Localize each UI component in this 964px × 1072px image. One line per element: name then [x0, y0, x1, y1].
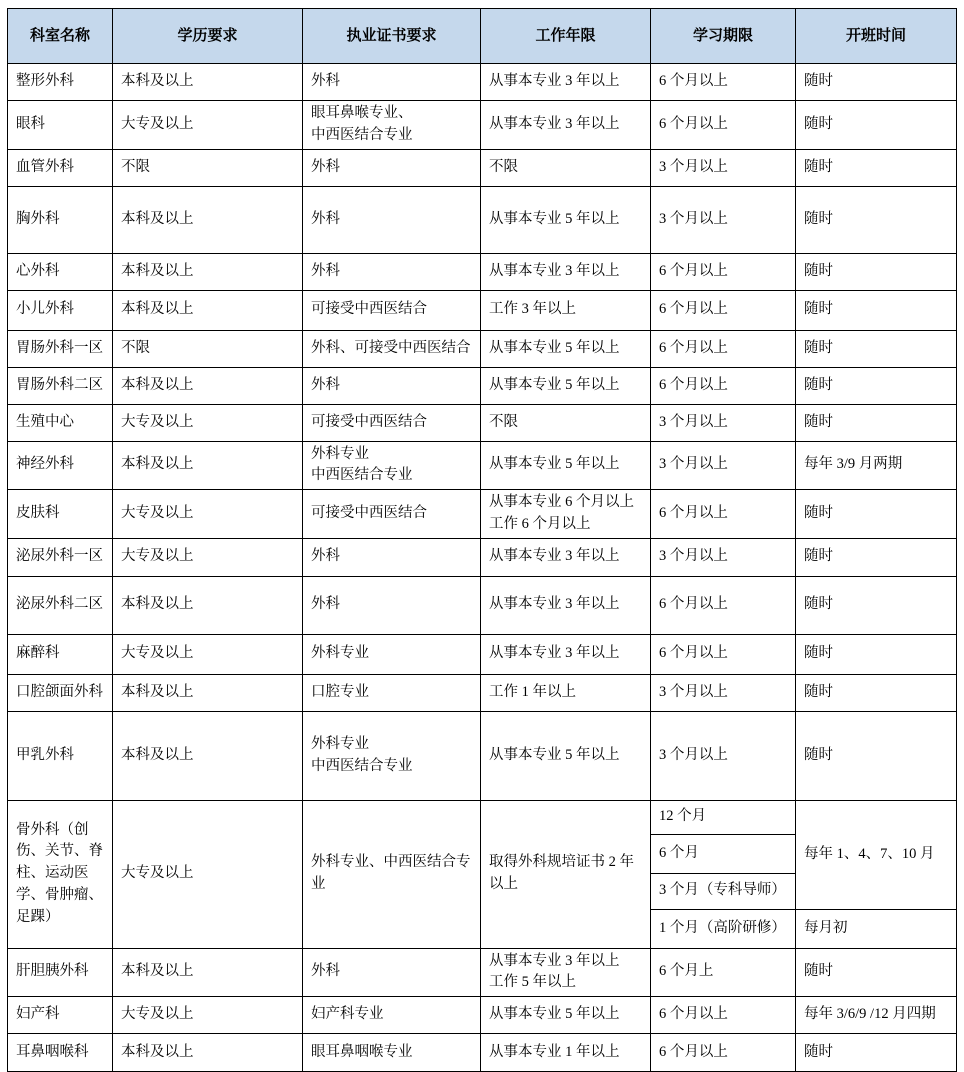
- table-cell: 胃肠外科一区: [8, 330, 113, 367]
- table-cell: 神经外科: [8, 441, 113, 490]
- table-cell: 6 个月上: [651, 948, 796, 997]
- table-cell: 眼科: [8, 101, 113, 150]
- table-row: 皮肤科大专及以上可接受中西医结合从事本专业 6 个月以上 工作 6 个月以上6 …: [8, 490, 957, 539]
- table-cell: 心外科: [8, 253, 113, 290]
- table-cell: 工作 3 年以上: [481, 290, 651, 330]
- table-cell: 本科及以上: [113, 290, 303, 330]
- table-row: 眼科大专及以上眼耳鼻喉专业、 中西医结合专业从事本专业 3 年以上6 个月以上随…: [8, 101, 957, 150]
- table-row: 甲乳外科本科及以上外科专业 中西医结合专业从事本专业 5 年以上3 个月以上随时: [8, 711, 957, 800]
- table-cell: 整形外科: [8, 64, 113, 101]
- table-cell: 不限: [481, 404, 651, 441]
- table-cell: 耳鼻咽喉科: [8, 1034, 113, 1072]
- table-row: 肝胆胰外科本科及以上外科从事本专业 3 年以上 工作 5 年以上6 个月上随时: [8, 948, 957, 997]
- table-cell: 外科: [303, 948, 481, 997]
- column-header-class-start-time: 开班时间: [796, 9, 957, 64]
- table-cell: 每年 3/9 月两期: [796, 441, 957, 490]
- table-cell: 外科专业 中西医结合专业: [303, 441, 481, 490]
- table-row: 口腔颌面外科本科及以上口腔专业工作 1 年以上3 个月以上随时: [8, 674, 957, 711]
- table-cell: 从事本专业 5 年以上: [481, 997, 651, 1034]
- table-cell: 外科: [303, 367, 481, 404]
- table-cell: 眼耳鼻咽喉专业: [303, 1034, 481, 1072]
- table-cell: 从事本专业 1 年以上: [481, 1034, 651, 1072]
- table-cell: 随时: [796, 64, 957, 101]
- table-row: 骨外科（创伤、关节、脊柱、运动医学、骨肿瘤、足踝）大专及以上外科专业、中西医结合…: [8, 800, 957, 834]
- table-cell: 外科: [303, 149, 481, 186]
- table-row: 心外科本科及以上外科从事本专业 3 年以上6 个月以上随时: [8, 253, 957, 290]
- header-row: 科室名称 学历要求 执业证书要求 工作年限 学习期限 开班时间: [8, 9, 957, 64]
- table-cell: 甲乳外科: [8, 711, 113, 800]
- table-cell: 随时: [796, 674, 957, 711]
- table-cell: 3 个月以上: [651, 149, 796, 186]
- table-cell: 大专及以上: [113, 101, 303, 150]
- table-cell: 从事本专业 3 年以上: [481, 64, 651, 101]
- table-row: 泌尿外科二区本科及以上外科从事本专业 3 年以上6 个月以上随时: [8, 576, 957, 634]
- table-cell: 本科及以上: [113, 441, 303, 490]
- table-cell: 随时: [796, 1034, 957, 1072]
- table-row: 胸外科本科及以上外科从事本专业 5 年以上3 个月以上随时: [8, 186, 957, 253]
- table-cell: 6 个月: [651, 834, 796, 873]
- table-row: 耳鼻咽喉科本科及以上眼耳鼻咽喉专业从事本专业 1 年以上6 个月以上随时: [8, 1034, 957, 1072]
- table-cell: 可接受中西医结合: [303, 404, 481, 441]
- table-cell: 3 个月以上: [651, 538, 796, 576]
- table-cell: 6 个月以上: [651, 367, 796, 404]
- table-cell: 工作 1 年以上: [481, 674, 651, 711]
- table-row: 泌尿外科一区大专及以上外科从事本专业 3 年以上3 个月以上随时: [8, 538, 957, 576]
- table-cell: 3 个月以上: [651, 186, 796, 253]
- table-cell: 从事本专业 5 年以上: [481, 367, 651, 404]
- column-header-department-name: 科室名称: [8, 9, 113, 64]
- column-header-education-requirement: 学历要求: [113, 9, 303, 64]
- table-cell: 6 个月以上: [651, 101, 796, 150]
- table-cell: 从事本专业 3 年以上: [481, 101, 651, 150]
- table-cell: 6 个月以上: [651, 1034, 796, 1072]
- table-cell: 随时: [796, 290, 957, 330]
- table-cell: 外科专业: [303, 634, 481, 674]
- table-cell: 6 个月以上: [651, 290, 796, 330]
- table-cell: 本科及以上: [113, 576, 303, 634]
- table-cell: 随时: [796, 101, 957, 150]
- table-cell: 大专及以上: [113, 490, 303, 539]
- table-cell: 6 个月以上: [651, 330, 796, 367]
- table-cell: 本科及以上: [113, 1034, 303, 1072]
- table-cell: 泌尿外科一区: [8, 538, 113, 576]
- table-cell: 每年 3/6/9 /12 月四期: [796, 997, 957, 1034]
- table-cell: 外科专业 中西医结合专业: [303, 711, 481, 800]
- column-header-study-period: 学习期限: [651, 9, 796, 64]
- table-cell: 随时: [796, 576, 957, 634]
- table-cell: 从事本专业 3 年以上: [481, 576, 651, 634]
- table-cell: 皮肤科: [8, 490, 113, 539]
- column-header-work-years: 工作年限: [481, 9, 651, 64]
- table-cell: 口腔专业: [303, 674, 481, 711]
- table-cell: 胃肠外科二区: [8, 367, 113, 404]
- table-cell: 外科: [303, 253, 481, 290]
- column-header-license-requirement: 执业证书要求: [303, 9, 481, 64]
- table-cell: 妇产科: [8, 997, 113, 1034]
- table-cell: 6 个月以上: [651, 634, 796, 674]
- table-cell: 本科及以上: [113, 367, 303, 404]
- table-row: 麻醉科大专及以上外科专业从事本专业 3 年以上6 个月以上随时: [8, 634, 957, 674]
- table-row: 胃肠外科一区不限外科、可接受中西医结合从事本专业 5 年以上6 个月以上随时: [8, 330, 957, 367]
- table-cell: 妇产科专业: [303, 997, 481, 1034]
- table-cell: 随时: [796, 711, 957, 800]
- table-cell: 3 个月以上: [651, 711, 796, 800]
- table-cell: 血管外科: [8, 149, 113, 186]
- table-cell: 6 个月以上: [651, 490, 796, 539]
- table-cell: 3 个月（专科导师）: [651, 873, 796, 909]
- table-cell: 外科: [303, 576, 481, 634]
- table-cell: 不限: [113, 330, 303, 367]
- table-cell: 可接受中西医结合: [303, 290, 481, 330]
- table-cell: 生殖中心: [8, 404, 113, 441]
- table-cell: 泌尿外科二区: [8, 576, 113, 634]
- table-cell: 随时: [796, 948, 957, 997]
- table-body: 整形外科本科及以上外科从事本专业 3 年以上6 个月以上随时眼科大专及以上眼耳鼻…: [8, 64, 957, 1072]
- table-cell: 本科及以上: [113, 186, 303, 253]
- table-cell: 6 个月以上: [651, 64, 796, 101]
- table-cell: 每年 1、4、7、10 月: [796, 800, 957, 909]
- table-cell: 3 个月以上: [651, 441, 796, 490]
- table-cell: 从事本专业 3 年以上: [481, 253, 651, 290]
- table-cell: 外科、可接受中西医结合: [303, 330, 481, 367]
- table-cell: 肝胆胰外科: [8, 948, 113, 997]
- table-cell: 不限: [113, 149, 303, 186]
- table-cell: 从事本专业 5 年以上: [481, 186, 651, 253]
- table-cell: 外科: [303, 538, 481, 576]
- table-row: 生殖中心大专及以上可接受中西医结合不限3 个月以上随时: [8, 404, 957, 441]
- table-cell: 从事本专业 5 年以上: [481, 441, 651, 490]
- table-cell: 小儿外科: [8, 290, 113, 330]
- table-cell: 从事本专业 5 年以上: [481, 711, 651, 800]
- table-cell: 每月初: [796, 909, 957, 948]
- table-cell: 胸外科: [8, 186, 113, 253]
- table-cell: 从事本专业 5 年以上: [481, 330, 651, 367]
- table-cell: 随时: [796, 490, 957, 539]
- table-cell: 外科: [303, 64, 481, 101]
- table-row: 胃肠外科二区本科及以上外科从事本专业 5 年以上6 个月以上随时: [8, 367, 957, 404]
- table-cell: 外科专业、中西医结合专业: [303, 800, 481, 948]
- table-cell: 大专及以上: [113, 800, 303, 948]
- table-cell: 本科及以上: [113, 948, 303, 997]
- table-row: 神经外科本科及以上外科专业 中西医结合专业从事本专业 5 年以上3 个月以上每年…: [8, 441, 957, 490]
- table-cell: 骨外科（创伤、关节、脊柱、运动医学、骨肿瘤、足踝）: [8, 800, 113, 948]
- table-cell: 口腔颌面外科: [8, 674, 113, 711]
- table-row: 妇产科大专及以上妇产科专业从事本专业 5 年以上6 个月以上每年 3/6/9 /…: [8, 997, 957, 1034]
- table-cell: 不限: [481, 149, 651, 186]
- table-cell: 6 个月以上: [651, 576, 796, 634]
- table-cell: 大专及以上: [113, 404, 303, 441]
- table-cell: 随时: [796, 330, 957, 367]
- table-cell: 可接受中西医结合: [303, 490, 481, 539]
- table-cell: 12 个月: [651, 800, 796, 834]
- table-cell: 从事本专业 3 年以上 工作 5 年以上: [481, 948, 651, 997]
- training-table: 科室名称 学历要求 执业证书要求 工作年限 学习期限 开班时间 整形外科本科及以…: [7, 8, 957, 1072]
- table-cell: 6 个月以上: [651, 253, 796, 290]
- table-cell: 6 个月以上: [651, 997, 796, 1034]
- table-cell: 本科及以上: [113, 253, 303, 290]
- table-cell: 3 个月以上: [651, 404, 796, 441]
- table-cell: 随时: [796, 186, 957, 253]
- table-cell: 从事本专业 3 年以上: [481, 538, 651, 576]
- table-cell: 随时: [796, 538, 957, 576]
- table-cell: 3 个月以上: [651, 674, 796, 711]
- table-cell: 随时: [796, 367, 957, 404]
- table-cell: 大专及以上: [113, 634, 303, 674]
- page: 科室名称 学历要求 执业证书要求 工作年限 学习期限 开班时间 整形外科本科及以…: [0, 0, 964, 1051]
- table-row: 整形外科本科及以上外科从事本专业 3 年以上6 个月以上随时: [8, 64, 957, 101]
- table-cell: 眼耳鼻喉专业、 中西医结合专业: [303, 101, 481, 150]
- table-cell: 大专及以上: [113, 997, 303, 1034]
- table-cell: 1 个月（高阶研修）: [651, 909, 796, 948]
- table-row: 小儿外科本科及以上可接受中西医结合工作 3 年以上6 个月以上随时: [8, 290, 957, 330]
- table-cell: 外科: [303, 186, 481, 253]
- table-cell: 随时: [796, 253, 957, 290]
- table-cell: 麻醉科: [8, 634, 113, 674]
- table-cell: 随时: [796, 634, 957, 674]
- table-cell: 从事本专业 6 个月以上 工作 6 个月以上: [481, 490, 651, 539]
- table-cell: 随时: [796, 149, 957, 186]
- table-cell: 大专及以上: [113, 538, 303, 576]
- table-cell: 随时: [796, 404, 957, 441]
- table-cell: 本科及以上: [113, 711, 303, 800]
- table-cell: 从事本专业 3 年以上: [481, 634, 651, 674]
- table-cell: 本科及以上: [113, 64, 303, 101]
- table-row: 血管外科不限外科不限3 个月以上随时: [8, 149, 957, 186]
- table-cell: 取得外科规培证书 2 年以上: [481, 800, 651, 948]
- table-cell: 本科及以上: [113, 674, 303, 711]
